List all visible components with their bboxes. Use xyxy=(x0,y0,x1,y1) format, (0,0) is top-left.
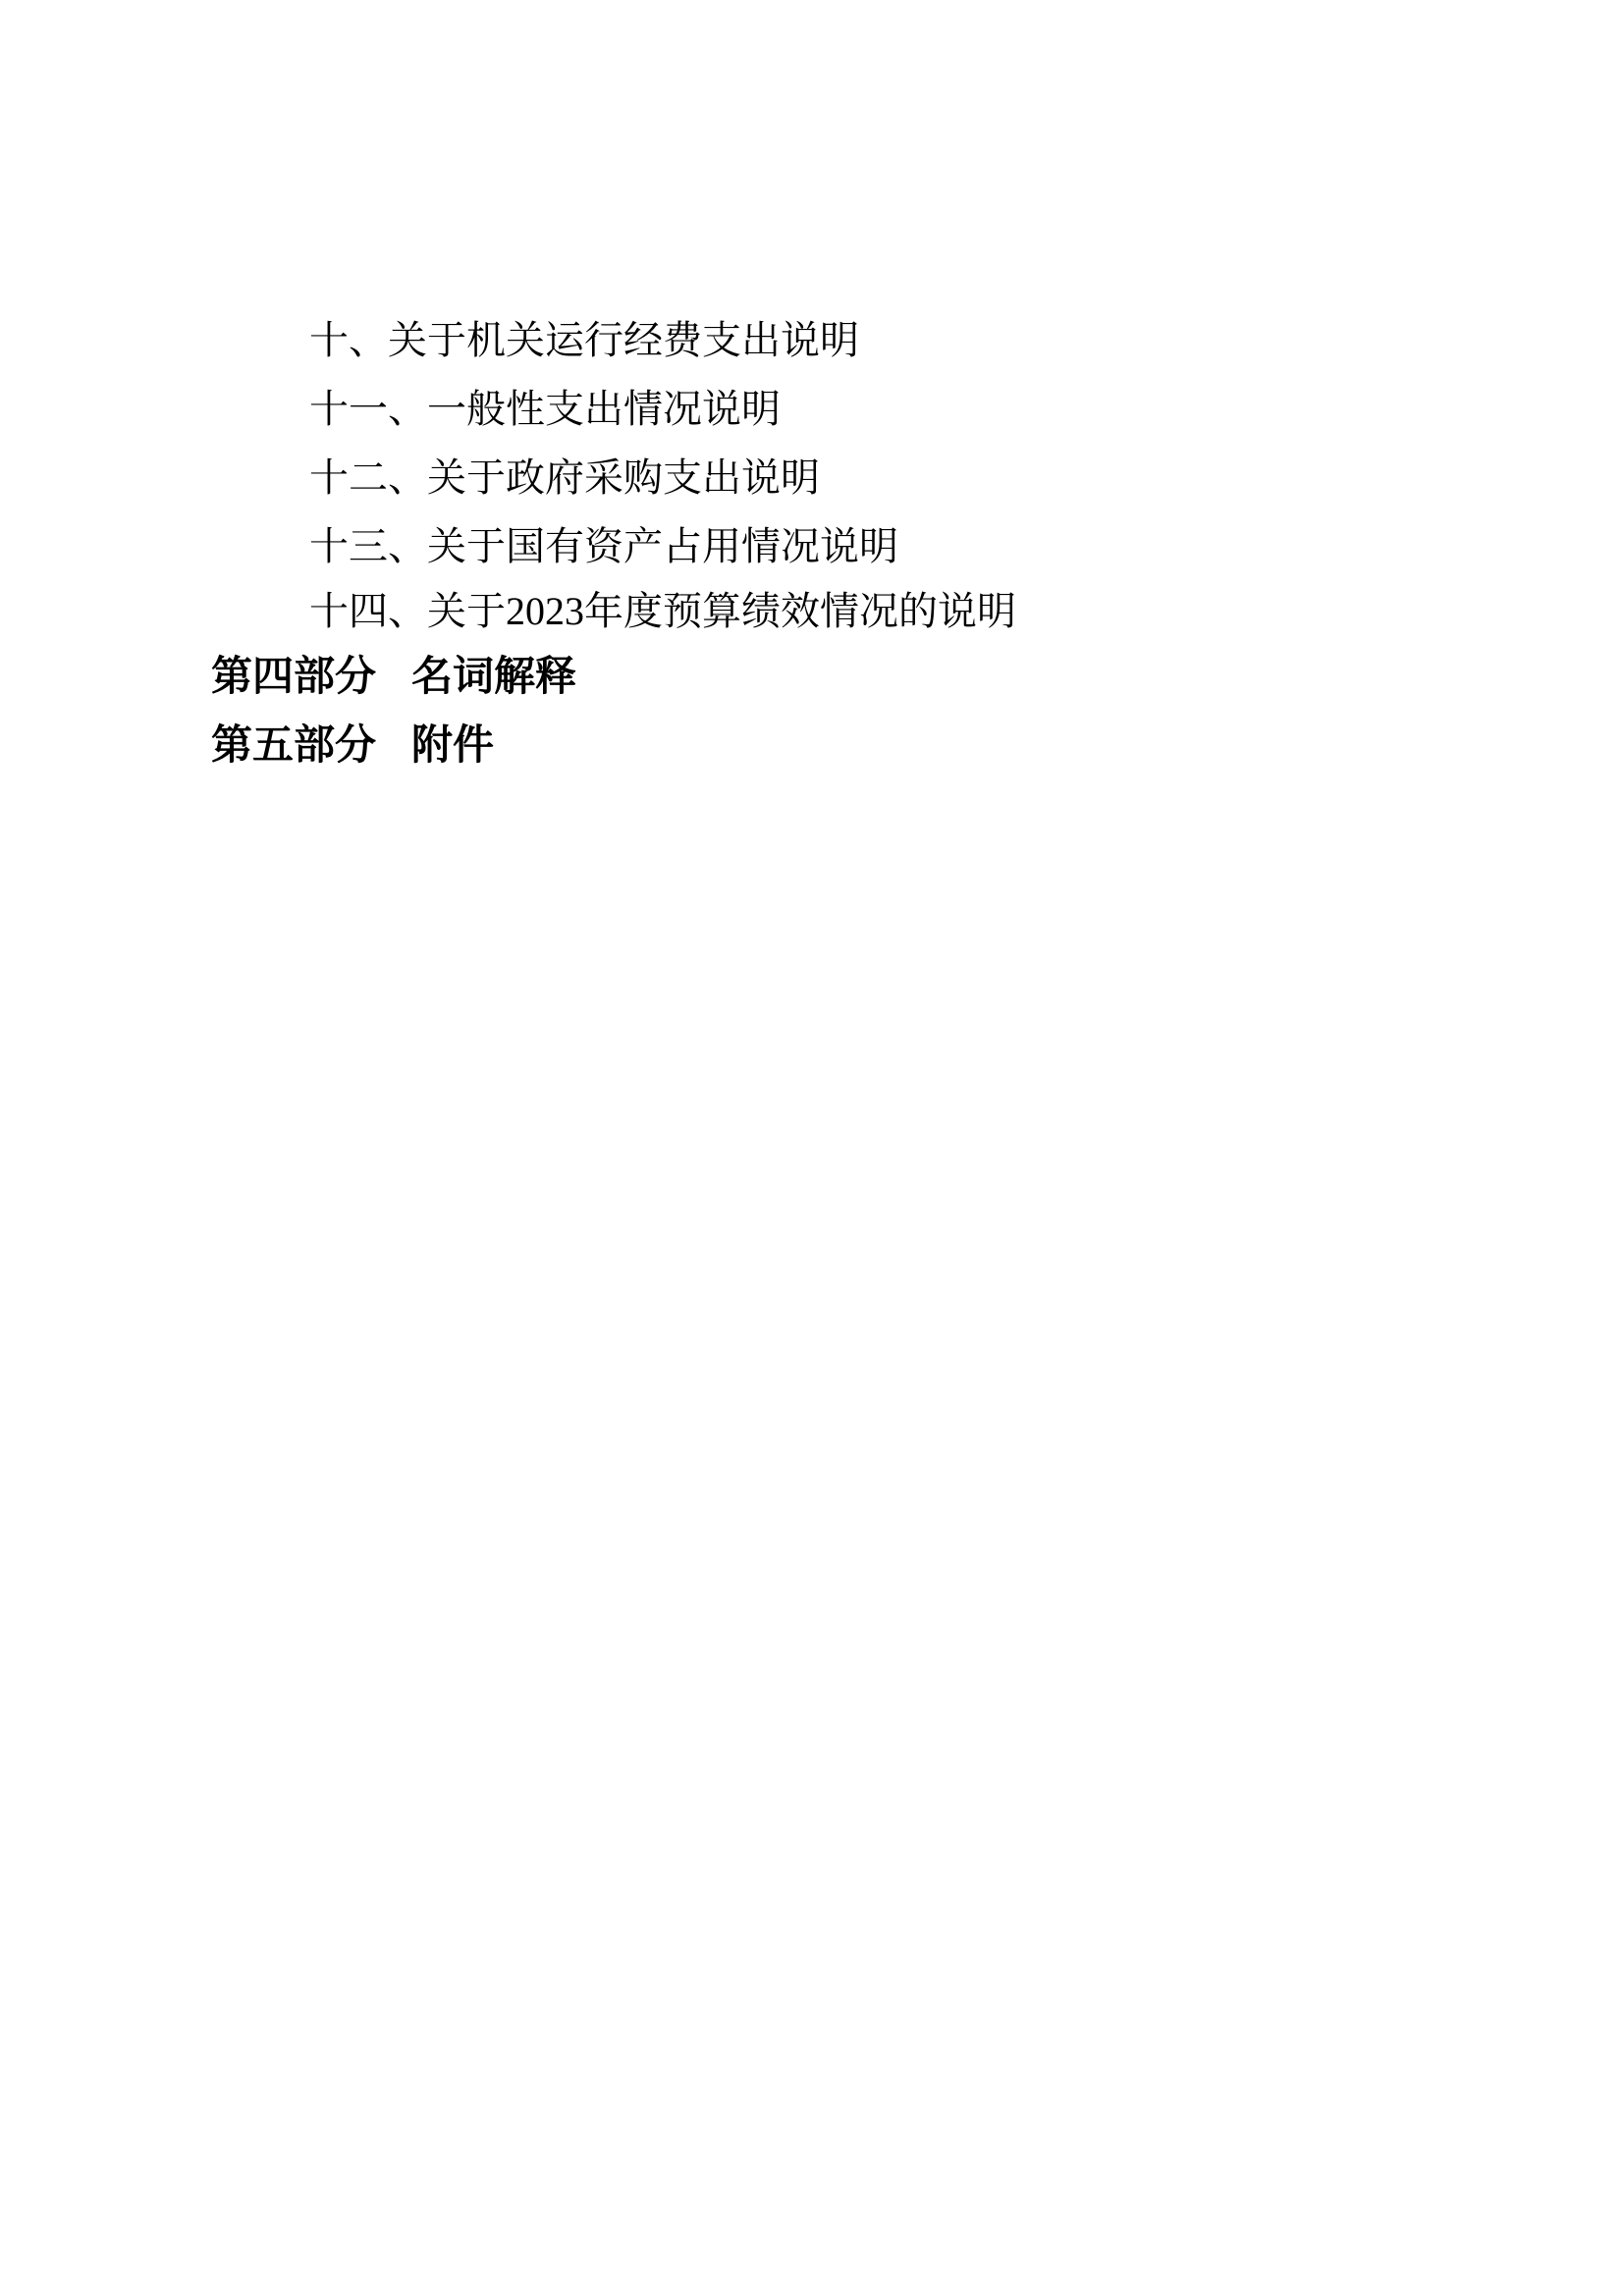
toc-item: 十三、关于国有资产占用情况说明 xyxy=(309,525,898,568)
section-title: 附件 xyxy=(411,721,494,768)
section-heading: 第五部分附件 xyxy=(211,722,494,768)
section-prefix: 第四部分 xyxy=(211,653,376,699)
section-prefix: 第五部分 xyxy=(211,721,376,768)
section-title: 名词解释 xyxy=(411,653,576,699)
toc-item: 十一、一般性支出情况说明 xyxy=(309,388,781,431)
toc-item: 十、关于机关运行经费支出说明 xyxy=(309,319,859,362)
section-heading: 第四部分名词解释 xyxy=(211,654,576,699)
toc-item: 十二、关于政府采购支出说明 xyxy=(309,456,820,500)
document-page: 十、关于机关运行经费支出说明 十一、一般性支出情况说明 十二、关于政府采购支出说… xyxy=(0,0,1624,2296)
toc-item: 十四、关于2023年度预算绩效情况的说明 xyxy=(309,590,1016,633)
